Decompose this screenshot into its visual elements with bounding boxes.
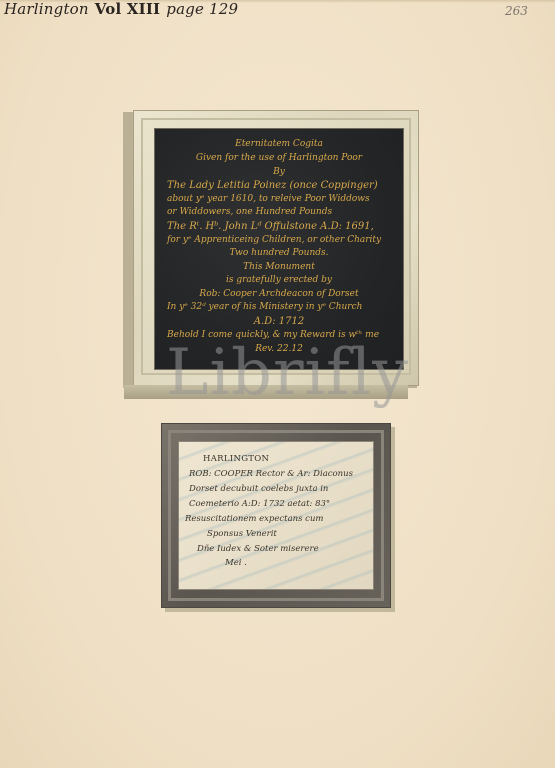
inscription-line: for yᵉ Apprenticeing Children, or other … xyxy=(155,235,403,246)
inscription-line: Resuscitationem expectans cum xyxy=(185,514,379,524)
inscription-line: ROB: COOPER Rector & Ar: Diaconus xyxy=(189,469,383,479)
tablet-1-inscription-panel: Eternitatem Cogita Given for the use of … xyxy=(154,128,404,370)
inscription-line: about yᵉ year 1610, to releive Poor Widd… xyxy=(155,194,403,205)
tablet-2-inscription-panel: HARLINGTON ROB: COOPER Rector & Ar: Diac… xyxy=(178,441,374,590)
header-volume: Vol XIII xyxy=(95,0,160,18)
inscription-line: Given for the use of Harlington Poor xyxy=(155,153,403,164)
inscription-line: Two hundred Pounds. xyxy=(155,248,403,259)
page-header: HarlingtonVol XIIIpage 129 xyxy=(4,0,238,18)
inscription-line: Behold I come quickly, & my Reward is wᵗ… xyxy=(155,330,403,341)
inscription-line: or Widdowers, one Hundred Pounds xyxy=(155,207,403,218)
inscription-line: Dorset decubuit coelebs juxta in xyxy=(189,484,383,494)
inscription-line: By xyxy=(155,167,403,178)
inscription-line: Coemeterio A:D: 1732 aetat: 83° xyxy=(189,499,383,509)
inscription-line: A.D: 1712 xyxy=(155,316,403,327)
inscription-line: HARLINGTON xyxy=(203,454,397,464)
inscription-line: In yᵉ 32ᵈ year of his Ministery in yᵉ Ch… xyxy=(155,302,403,313)
inscription-line: Dñe Iudex & Soter miserere xyxy=(197,544,391,554)
inscription-line: is gratefully erected by xyxy=(155,275,403,286)
inscription-line: Mei . xyxy=(225,558,419,568)
inscription-line: Rev. 22.12 xyxy=(155,344,403,355)
inscription-line: The Lady Letitia Poinez (once Coppinger) xyxy=(155,180,403,191)
inscription-line: Sponsus Venerit xyxy=(207,529,401,539)
inscription-line: Rob: Cooper Archdeacon of Dorset xyxy=(155,289,403,300)
header-place: Harlington xyxy=(4,0,89,18)
inscription-line: This Monument xyxy=(155,262,403,273)
header-page: page 129 xyxy=(166,0,238,18)
inscription-line: Eternitatem Cogita xyxy=(155,139,403,150)
folio-number: 263 xyxy=(505,4,528,18)
inscription-line: The Rᵗ. Hᵇ. John Lᵈ Offulstone A.D: 1691… xyxy=(155,221,403,232)
